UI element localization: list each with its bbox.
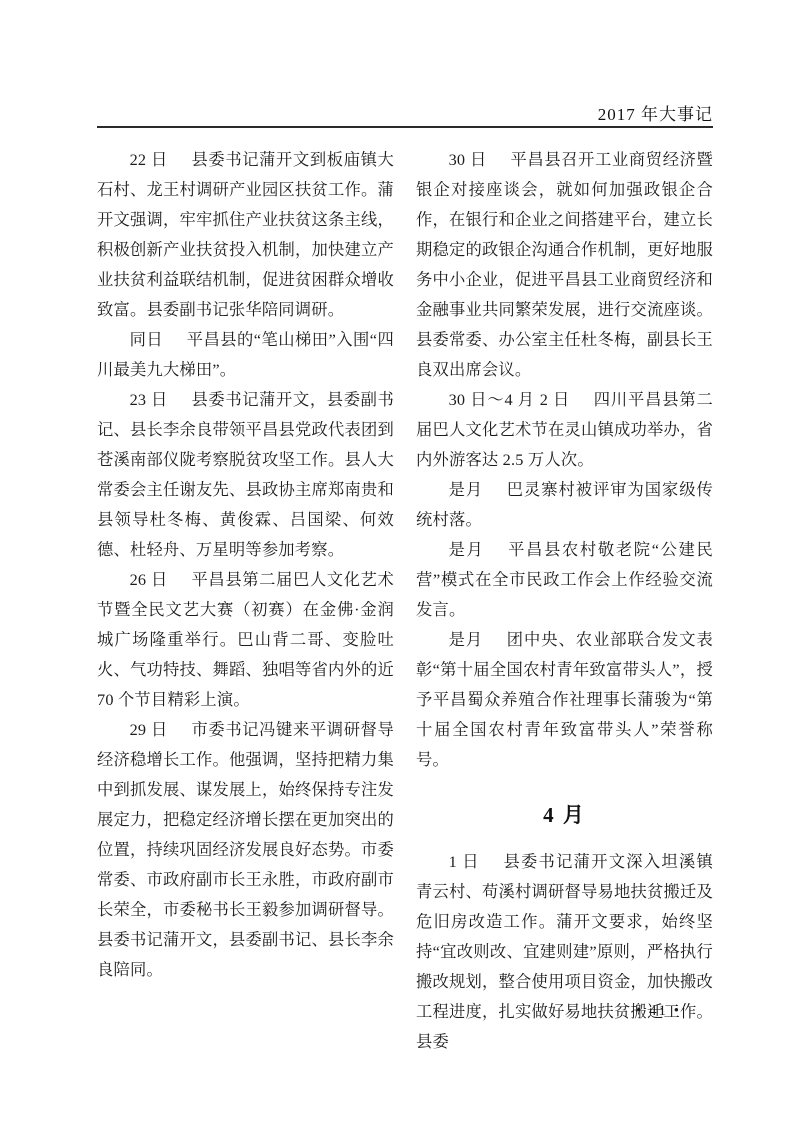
- running-header: 2017 年大事记: [97, 100, 713, 125]
- entry-date: 是月: [449, 540, 485, 559]
- entry-text: 县委书记蒲开文到板庙镇大石村、龙王村调研产业园区扶贫工作。蒲开文强调，牢牢抓住产…: [97, 150, 394, 319]
- document-page: 2017 年大事记 22 日县委书记蒲开文到板庙镇大石村、龙王村调研产业园区扶贫…: [0, 0, 793, 1122]
- entry-paragraph: 22 日县委书记蒲开文到板庙镇大石村、龙王村调研产业园区扶贫工作。蒲开文强调，牢…: [97, 145, 394, 325]
- entry-date: 22 日: [130, 150, 168, 169]
- page-number: • 41 •: [636, 1003, 681, 1020]
- entry-date: 1 日: [449, 852, 480, 871]
- entry-date: 30 日～4 月 2 日: [449, 390, 571, 409]
- entry-date: 26 日: [130, 570, 168, 589]
- entry-paragraph: 23 日县委书记蒲开文，县委副书记、县长李余良带领平昌县党政代表团到苍溪南部仪陇…: [97, 385, 394, 565]
- entry-paragraph: 是月平昌县农村敬老院“公建民营”模式在全市民政工作会上作经验交流发言。: [416, 535, 713, 625]
- entry-paragraph: 是月团中央、农业部联合发文表彰“第十届全国农村青年致富带头人”，授予平昌蜀众养殖…: [416, 625, 713, 775]
- month-section-heading: 4 月: [416, 800, 713, 830]
- header-rule: [97, 126, 713, 128]
- left-column: 22 日县委书记蒲开文到板庙镇大石村、龙王村调研产业园区扶贫工作。蒲开文强调，牢…: [97, 145, 394, 1057]
- entry-text: 平昌县召开工业商贸经济暨银企对接座谈会，就如何加强政银企合作，在银行和企业之间搭…: [416, 150, 713, 379]
- entry-date: 是月: [449, 630, 484, 649]
- entry-text: 县委书记蒲开文，县委副书记、县长李余良带领平昌县党政代表团到苍溪南部仪陇考察脱贫…: [97, 390, 394, 559]
- entry-date: 是月: [449, 480, 484, 499]
- entry-paragraph: 1 日县委书记蒲开文深入坦溪镇青云村、苟溪村调研督导易地扶贫搬迁及危旧房改造工作…: [416, 847, 713, 1057]
- two-column-body: 22 日县委书记蒲开文到板庙镇大石村、龙王村调研产业园区扶贫工作。蒲开文强调，牢…: [97, 145, 713, 1057]
- entry-paragraph: 30 日平昌县召开工业商贸经济暨银企对接座谈会，就如何加强政银企合作，在银行和企…: [416, 145, 713, 385]
- entry-text: 团中央、农业部联合发文表彰“第十届全国农村青年致富带头人”，授予平昌蜀众养殖合作…: [416, 630, 713, 769]
- entry-text: 县委书记蒲开文深入坦溪镇青云村、苟溪村调研督导易地扶贫搬迁及危旧房改造工作。蒲开…: [416, 852, 713, 1051]
- entry-text: 平昌县第二届巴人文化艺术节暨全民文艺大赛（初赛）在金佛·金润城广场隆重举行。巴山…: [97, 570, 394, 709]
- entry-date: 23 日: [130, 390, 168, 409]
- entry-paragraph: 26 日平昌县第二届巴人文化艺术节暨全民文艺大赛（初赛）在金佛·金润城广场隆重举…: [97, 565, 394, 715]
- entry-date: 30 日: [449, 150, 487, 169]
- entry-paragraph: 同日平昌县的“笔山梯田”入围“四川最美九大梯田”。: [97, 325, 394, 385]
- entry-paragraph: 29 日市委书记冯键来平调研督导经济稳增长工作。他强调，坚持把精力集中到抓发展、…: [97, 715, 394, 985]
- running-header-title: 2017 年大事记: [598, 105, 713, 124]
- entry-paragraph: 30 日～4 月 2 日四川平昌县第二届巴人文化艺术节在灵山镇成功举办，省内外游…: [416, 385, 713, 475]
- entry-text: 市委书记冯键来平调研督导经济稳增长工作。他强调，坚持把精力集中到抓发展、谋发展上…: [97, 720, 394, 979]
- entry-date: 同日: [130, 330, 164, 349]
- right-column: 30 日平昌县召开工业商贸经济暨银企对接座谈会，就如何加强政银企合作，在银行和企…: [416, 145, 713, 1057]
- entry-date: 29 日: [130, 720, 168, 739]
- entry-paragraph: 是月巴灵寨村被评审为国家级传统村落。: [416, 475, 713, 535]
